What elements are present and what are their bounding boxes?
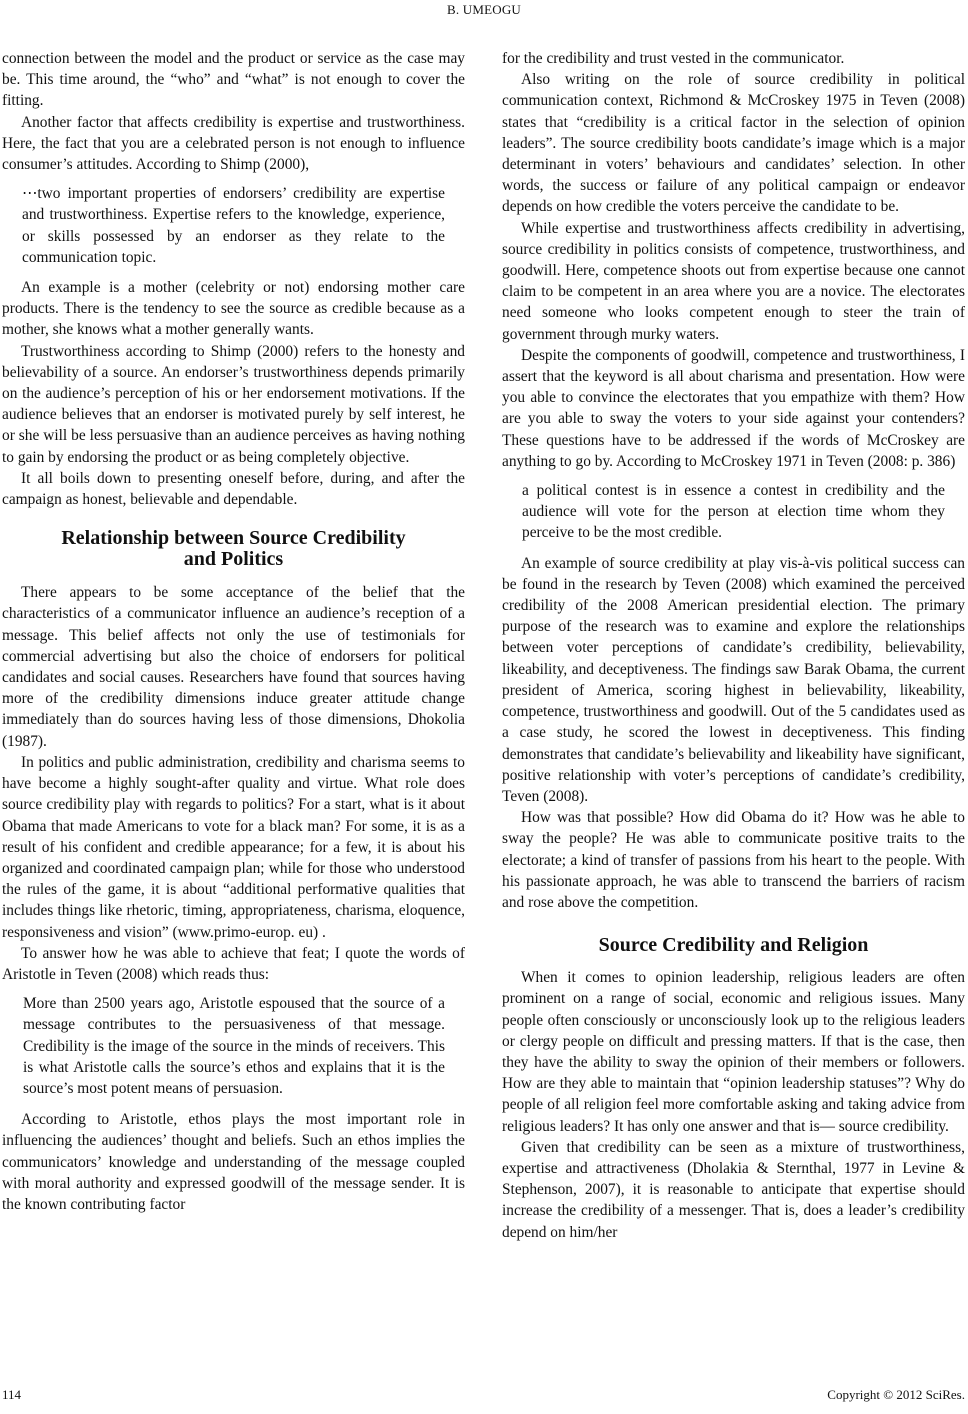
page-number: 114 <box>2 1387 21 1403</box>
copyright-notice: Copyright © 2012 SciRes. <box>827 1387 965 1403</box>
running-head-author: B. UMEOGU <box>0 2 968 18</box>
paragraph: Given that credibility can be seen as a … <box>502 1137 965 1243</box>
paragraph: There appears to be some acceptance of t… <box>2 582 465 752</box>
paragraph: In politics and public administration, c… <box>2 752 465 943</box>
paragraph: It all boils down to presenting oneself … <box>2 468 465 510</box>
paragraph: While expertise and trustworthiness affe… <box>502 218 965 345</box>
paragraph: When it comes to opinion leadership, rel… <box>502 967 965 1137</box>
paragraph: Trustworthiness according to Shimp (2000… <box>2 341 465 468</box>
section-heading-politics: Relationship between Source Credibility … <box>2 528 465 570</box>
paragraph: According to Aristotle, ethos plays the … <box>2 1109 465 1215</box>
block-quote-mccroskey: a political contest is in essence a cont… <box>522 480 945 544</box>
paragraph: Another factor that affects credibility … <box>2 112 465 176</box>
block-quote-shimp: ⋯two important properties of endorsers’ … <box>22 183 445 268</box>
section-heading-religion: Source Credibility and Religion <box>502 935 965 956</box>
right-column: for the credibility and trust vested in … <box>502 48 965 1243</box>
paragraph: An example is a mother (celebrity or not… <box>2 277 465 341</box>
paragraph: for the credibility and trust vested in … <box>502 48 965 69</box>
block-quote-aristotle: More than 2500 years ago, Aristotle espo… <box>23 993 445 1099</box>
paragraph: connection between the model and the pro… <box>2 48 465 112</box>
paragraph: To answer how he was able to achieve tha… <box>2 943 465 985</box>
paragraph: An example of source credibility at play… <box>502 553 965 807</box>
heading-line-2: and Politics <box>184 548 283 570</box>
paragraph: Despite the components of goodwill, comp… <box>502 345 965 472</box>
paragraph: How was that possible? How did Obama do … <box>502 807 965 913</box>
paragraph: Also writing on the role of source credi… <box>502 69 965 217</box>
heading-line-1: Relationship between Source Credibility <box>61 527 405 549</box>
left-column: connection between the model and the pro… <box>2 48 465 1215</box>
